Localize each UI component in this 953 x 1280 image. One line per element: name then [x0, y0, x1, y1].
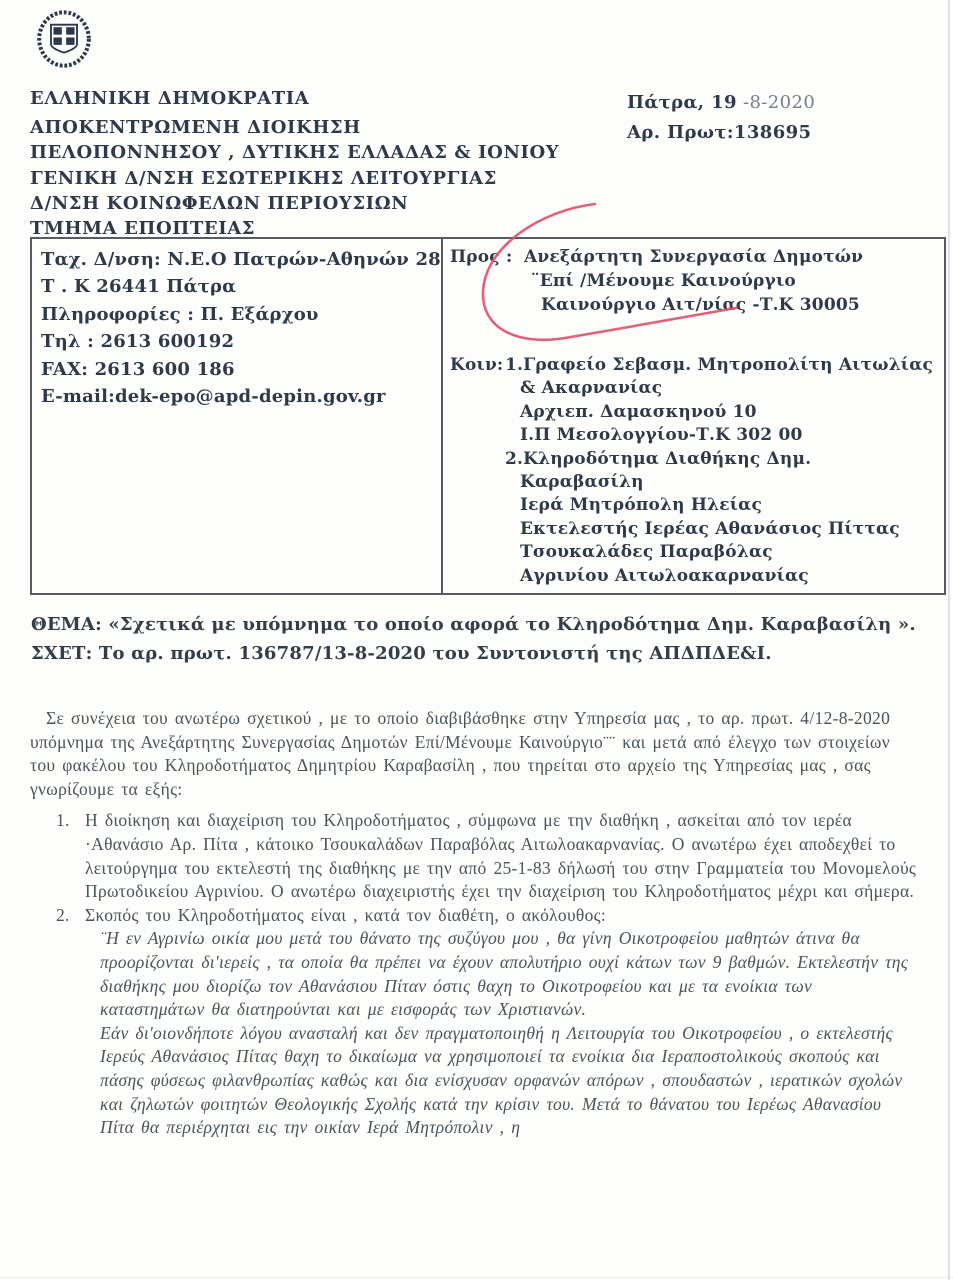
list-number: 2. — [56, 904, 70, 928]
contact-line-information: Πληροφορίες : Π. Εξάρχου — [41, 301, 441, 328]
date-line: Πάτρα, 19-8-2020 — [627, 88, 815, 118]
to-line: ¨Επί /Μένουμε Καινούργιο — [524, 269, 863, 293]
coat-of-arms-icon — [33, 6, 95, 72]
to-lines: Ανεξάρτητη Συνεργασία Δημοτών ¨Επί /Μένο… — [524, 245, 863, 317]
body-intro-paragraph: Σε συνέχεια του ανωτέρω σχετικού , με το… — [30, 707, 919, 801]
list-item-1-text: Η διοίκηση και διαχείριση του Κληροδοτήμ… — [85, 810, 916, 901]
scanned-official-letter: ΕΛΛΗΝΙΚΗ ΔΗΜΟΚΡΑΤΙΑ ΑΠΟΚΕΝΤΡΩΜΕΝΗ ΔΙΟΙΚΗ… — [0, 0, 953, 1280]
scan-artifact-bottom-edge — [0, 1277, 953, 1278]
cc-line: Αρχιεπ. Δαμασκηνού 10 — [505, 401, 933, 424]
cc-label: Κοιν: — [450, 354, 505, 588]
recipients-block: Προς : Ανεξάρτητη Συνεργασία Δημοτών ¨Επ… — [450, 245, 940, 588]
subject-block: ΘΕΜΑ: «Σχετικά με υπόμνημα το οποίο αφορ… — [31, 611, 937, 668]
list-number: 1. — [56, 809, 70, 833]
contact-line-email: E-mail:dek-epo@apd-depin.gov.gr — [41, 383, 441, 410]
will-quote-paragraph-2: Εάν δι'οιονδήποτε λόγου ανασταλή και δεν… — [100, 1022, 919, 1140]
recipient-cc: Κοιν: 1.Γραφείο Σεβασμ. Μητροπολίτη Αιτω… — [450, 354, 940, 588]
cc-line: Ι.Π Μεσολογγίου-Τ.Κ 302 00 — [505, 424, 933, 447]
sender-line: ΠΕΛΟΠΟΝΝΗΣΟΥ , ΔΥΤΙΚΗΣ ΕΛΛΑΔΑΣ & ΙΟΝΙΟΥ — [30, 140, 559, 165]
list-item-2-text: Σκοπός του Κληροδοτήματος είναι , κατά τ… — [85, 905, 606, 925]
scan-artifact-right-edge — [948, 0, 950, 1280]
table-divider — [441, 239, 443, 593]
to-line: Ανεξάρτητη Συνεργασία Δημοτών — [524, 245, 863, 269]
subject-line: ΘΕΜΑ: «Σχετικά με υπόμνημα το οποίο αφορ… — [31, 611, 937, 640]
sender-line: ΓΕΝΙΚΗ Δ/ΝΣΗ ΕΣΩΤΕΡΙΚΗΣ ΛΕΙΤΟΥΡΓΙΑΣ — [30, 166, 559, 191]
contact-line-address: Ταχ. Δ/νση: Ν.Ε.Ο Πατρών-Αθηνών 28 — [41, 246, 441, 273]
reference-line: ΣΧΕΤ: Το αρ. πρωτ. 136787/13-8-2020 του … — [31, 640, 937, 669]
cc-line: Εκτελεστής Ιερέας Αθανάσιος Πίττας — [505, 518, 933, 541]
cc-lines: 1.Γραφείο Σεβασμ. Μητροπολίτη Αιτωλίας &… — [505, 354, 933, 588]
sender-line: Δ/ΝΣΗ ΚΟΙΝΩΦΕΛΩΝ ΠΕΡΙΟΥΣΙΩΝ — [30, 191, 559, 216]
contact-line-phone: Τηλ : 2613 600192 — [41, 328, 441, 355]
cc-line: Αγρινίου Αιτωλοακαρνανίας — [505, 565, 933, 588]
date-protocol-block: Πάτρα, 19-8-2020 Αρ. Πρωτ:138695 — [627, 88, 815, 148]
to-label: Προς : — [450, 245, 524, 317]
contact-line-postcode: Τ . Κ 26441 Πάτρα — [41, 273, 441, 300]
cc-line: 1.Γραφείο Σεβασμ. Μητροπολίτη Αιτωλίας — [505, 354, 933, 377]
cc-line: Καραβασίλη — [505, 471, 933, 494]
address-table: Ταχ. Δ/νση: Ν.Ε.Ο Πατρών-Αθηνών 28 Τ . Κ… — [30, 237, 946, 595]
sender-line: ΑΠΟΚΕΝΤΡΩΜΕΝΗ ΔΙΟΙΚΗΣΗ — [30, 115, 559, 140]
cc-line: & Ακαρνανίας — [505, 377, 933, 400]
letter-body: Σε συνέχεια του ανωτέρω σχετικού , με το… — [30, 707, 919, 1140]
protocol-number: Αρ. Πρωτ:138695 — [627, 118, 815, 148]
cc-line: 2.Κληροδότημα Διαθήκης Δημ. — [505, 448, 933, 471]
will-quote-paragraph-1: ¨Η εν Αγρινίω οικία μου μετά του θάνατο … — [100, 927, 919, 1021]
cc-line: Ιερά Μητρόπολη Ηλείας — [505, 494, 933, 517]
contact-details: Ταχ. Δ/νση: Ν.Ε.Ο Πατρών-Αθηνών 28 Τ . Κ… — [41, 246, 441, 410]
cc-line: Τσουκαλάδες Παραβόλας — [505, 541, 933, 564]
sender-line: ΕΛΛΗΝΙΚΗ ΔΗΜΟΚΡΑΤΙΑ — [30, 86, 559, 111]
to-line: Καινούργιο Αιτ/νίας -Τ.Κ 30005 — [524, 293, 863, 317]
list-item-2: 2. Σκοπός του Κληροδοτήματος είναι , κατ… — [30, 904, 919, 1140]
sender-header: ΕΛΛΗΝΙΚΗ ΔΗΜΟΚΡΑΤΙΑ ΑΠΟΚΕΝΤΡΩΜΕΝΗ ΔΙΟΙΚΗ… — [30, 86, 559, 241]
city-date: Πάτρα, 19 — [627, 92, 737, 113]
recipient-to: Προς : Ανεξάρτητη Συνεργασία Δημοτών ¨Επ… — [450, 245, 940, 317]
list-item-1: 1. Η διοίκηση και διαχείριση του Κληροδο… — [30, 809, 919, 903]
contact-line-fax: FAX: 2613 600 186 — [41, 356, 441, 383]
date-stamp: -8-2020 — [737, 92, 815, 113]
